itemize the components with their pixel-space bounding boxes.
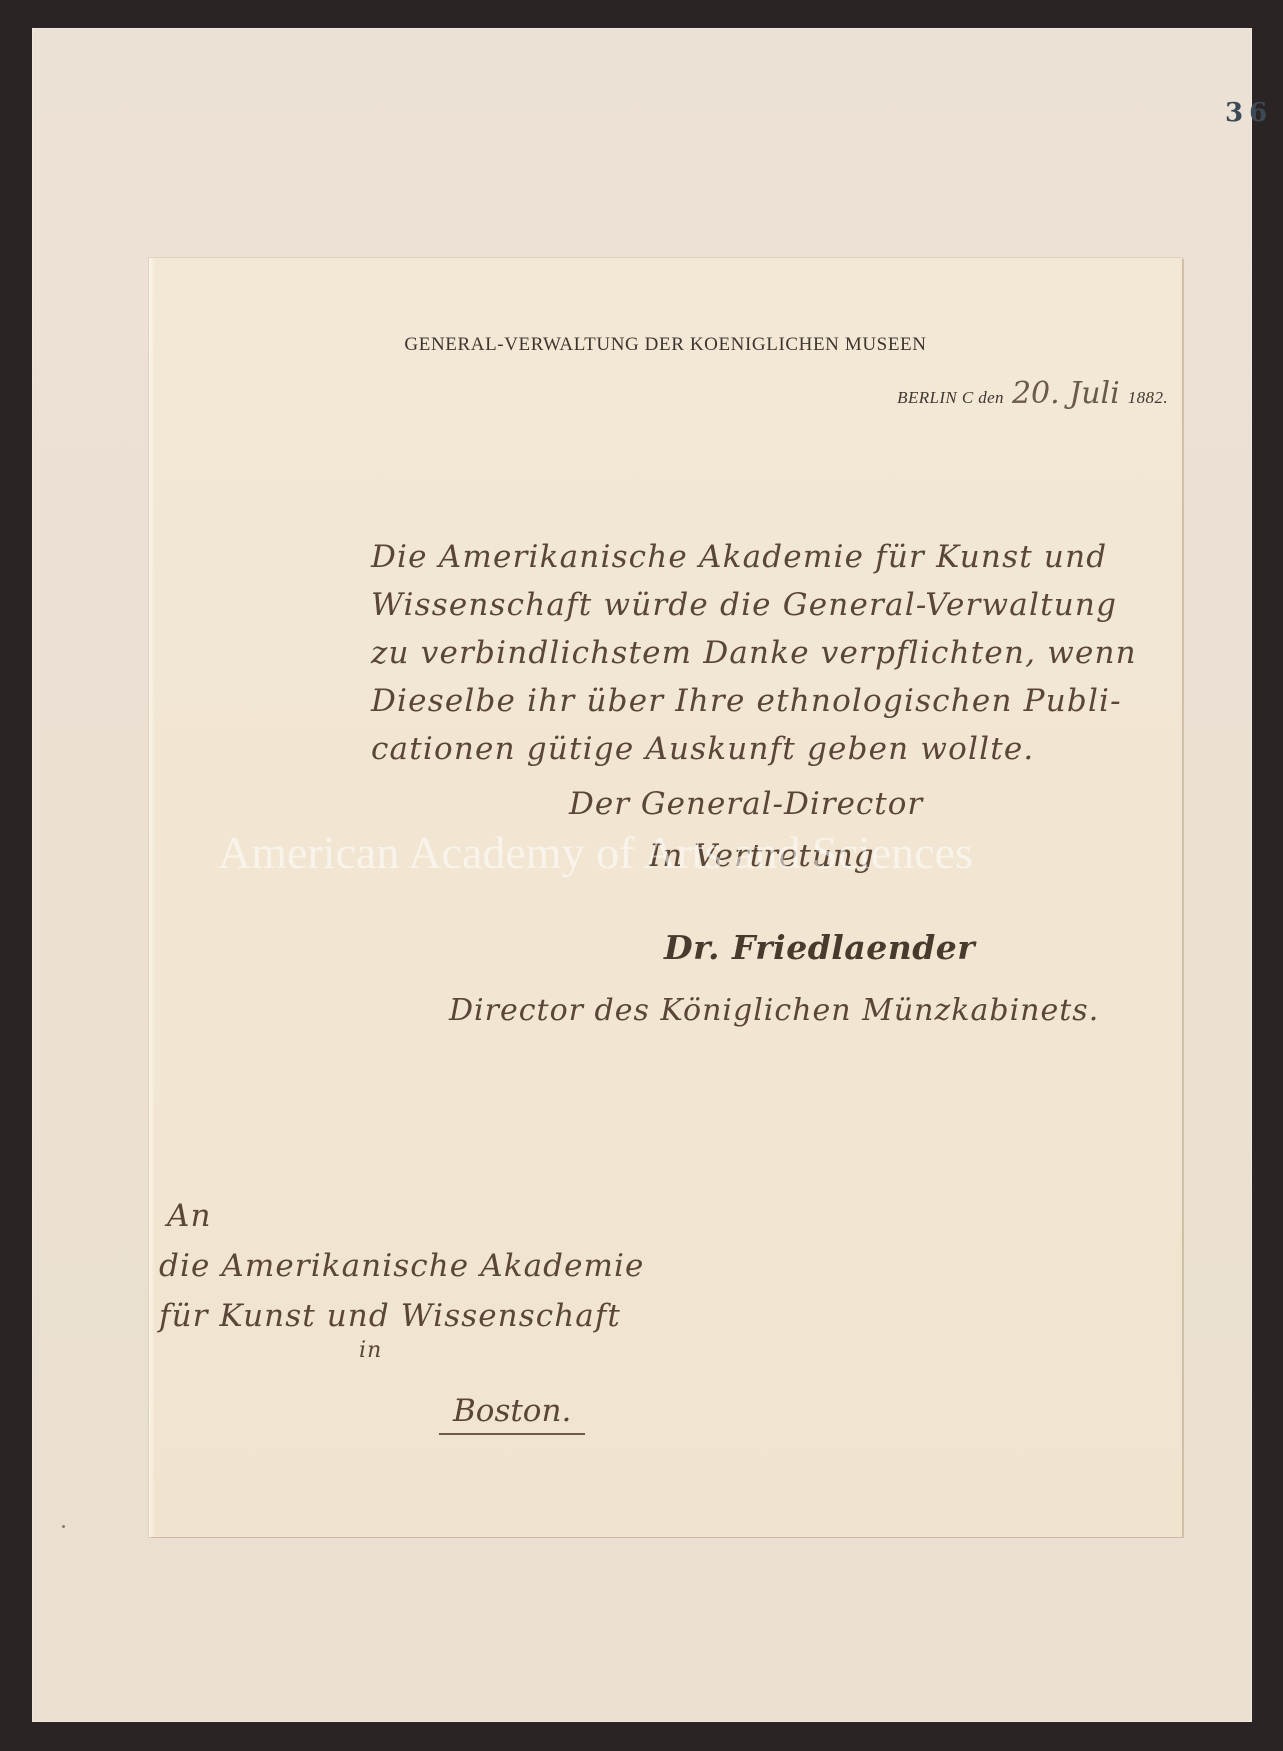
closing-title: Der General-Director [569,786,923,822]
address-line: für Kunst und Wissenschaft [159,1298,621,1334]
dateline-place: BERLIN C den [897,388,1004,408]
address-salutation: An [167,1198,212,1234]
address-city: Boston. [439,1393,585,1435]
letter-body: Die Amerikanische Akademie für Kunst und… [371,533,1161,773]
body-line: Wissenschaft würde die General-Verwaltun… [371,581,1161,629]
folio-number: 36 [1225,98,1273,128]
body-line: Dieselbe ihr über Ihre ethnologischen Pu… [371,677,1161,725]
body-line: cationen gütige Auskunft geben wollte. [371,725,1161,773]
letterhead: GENERAL-VERWALTUNG DER KOENIGLICHEN MUSE… [149,334,1182,356]
closing-deputy: In Vertretung [649,838,875,874]
signature: Dr. Friedlaender [664,928,975,967]
dateline: BERLIN C den 20. Juli 1882. [897,376,1168,411]
signatory-title: Director des Königlichen Münzkabinets. [449,993,1099,1028]
address-line: die Amerikanische Akademie [159,1248,645,1284]
dateline-date: 20. Juli [1012,376,1120,411]
body-line: Die Amerikanische Akademie für Kunst und [371,533,1161,581]
paper-speck [62,1525,65,1528]
body-line: zu verbindlichstem Danke verpflichten, w… [371,629,1161,677]
dateline-year: 1882. [1128,388,1168,408]
letter-sheet: GENERAL-VERWALTUNG DER KOENIGLICHEN MUSE… [149,258,1182,1537]
address-preposition: in [359,1338,382,1363]
